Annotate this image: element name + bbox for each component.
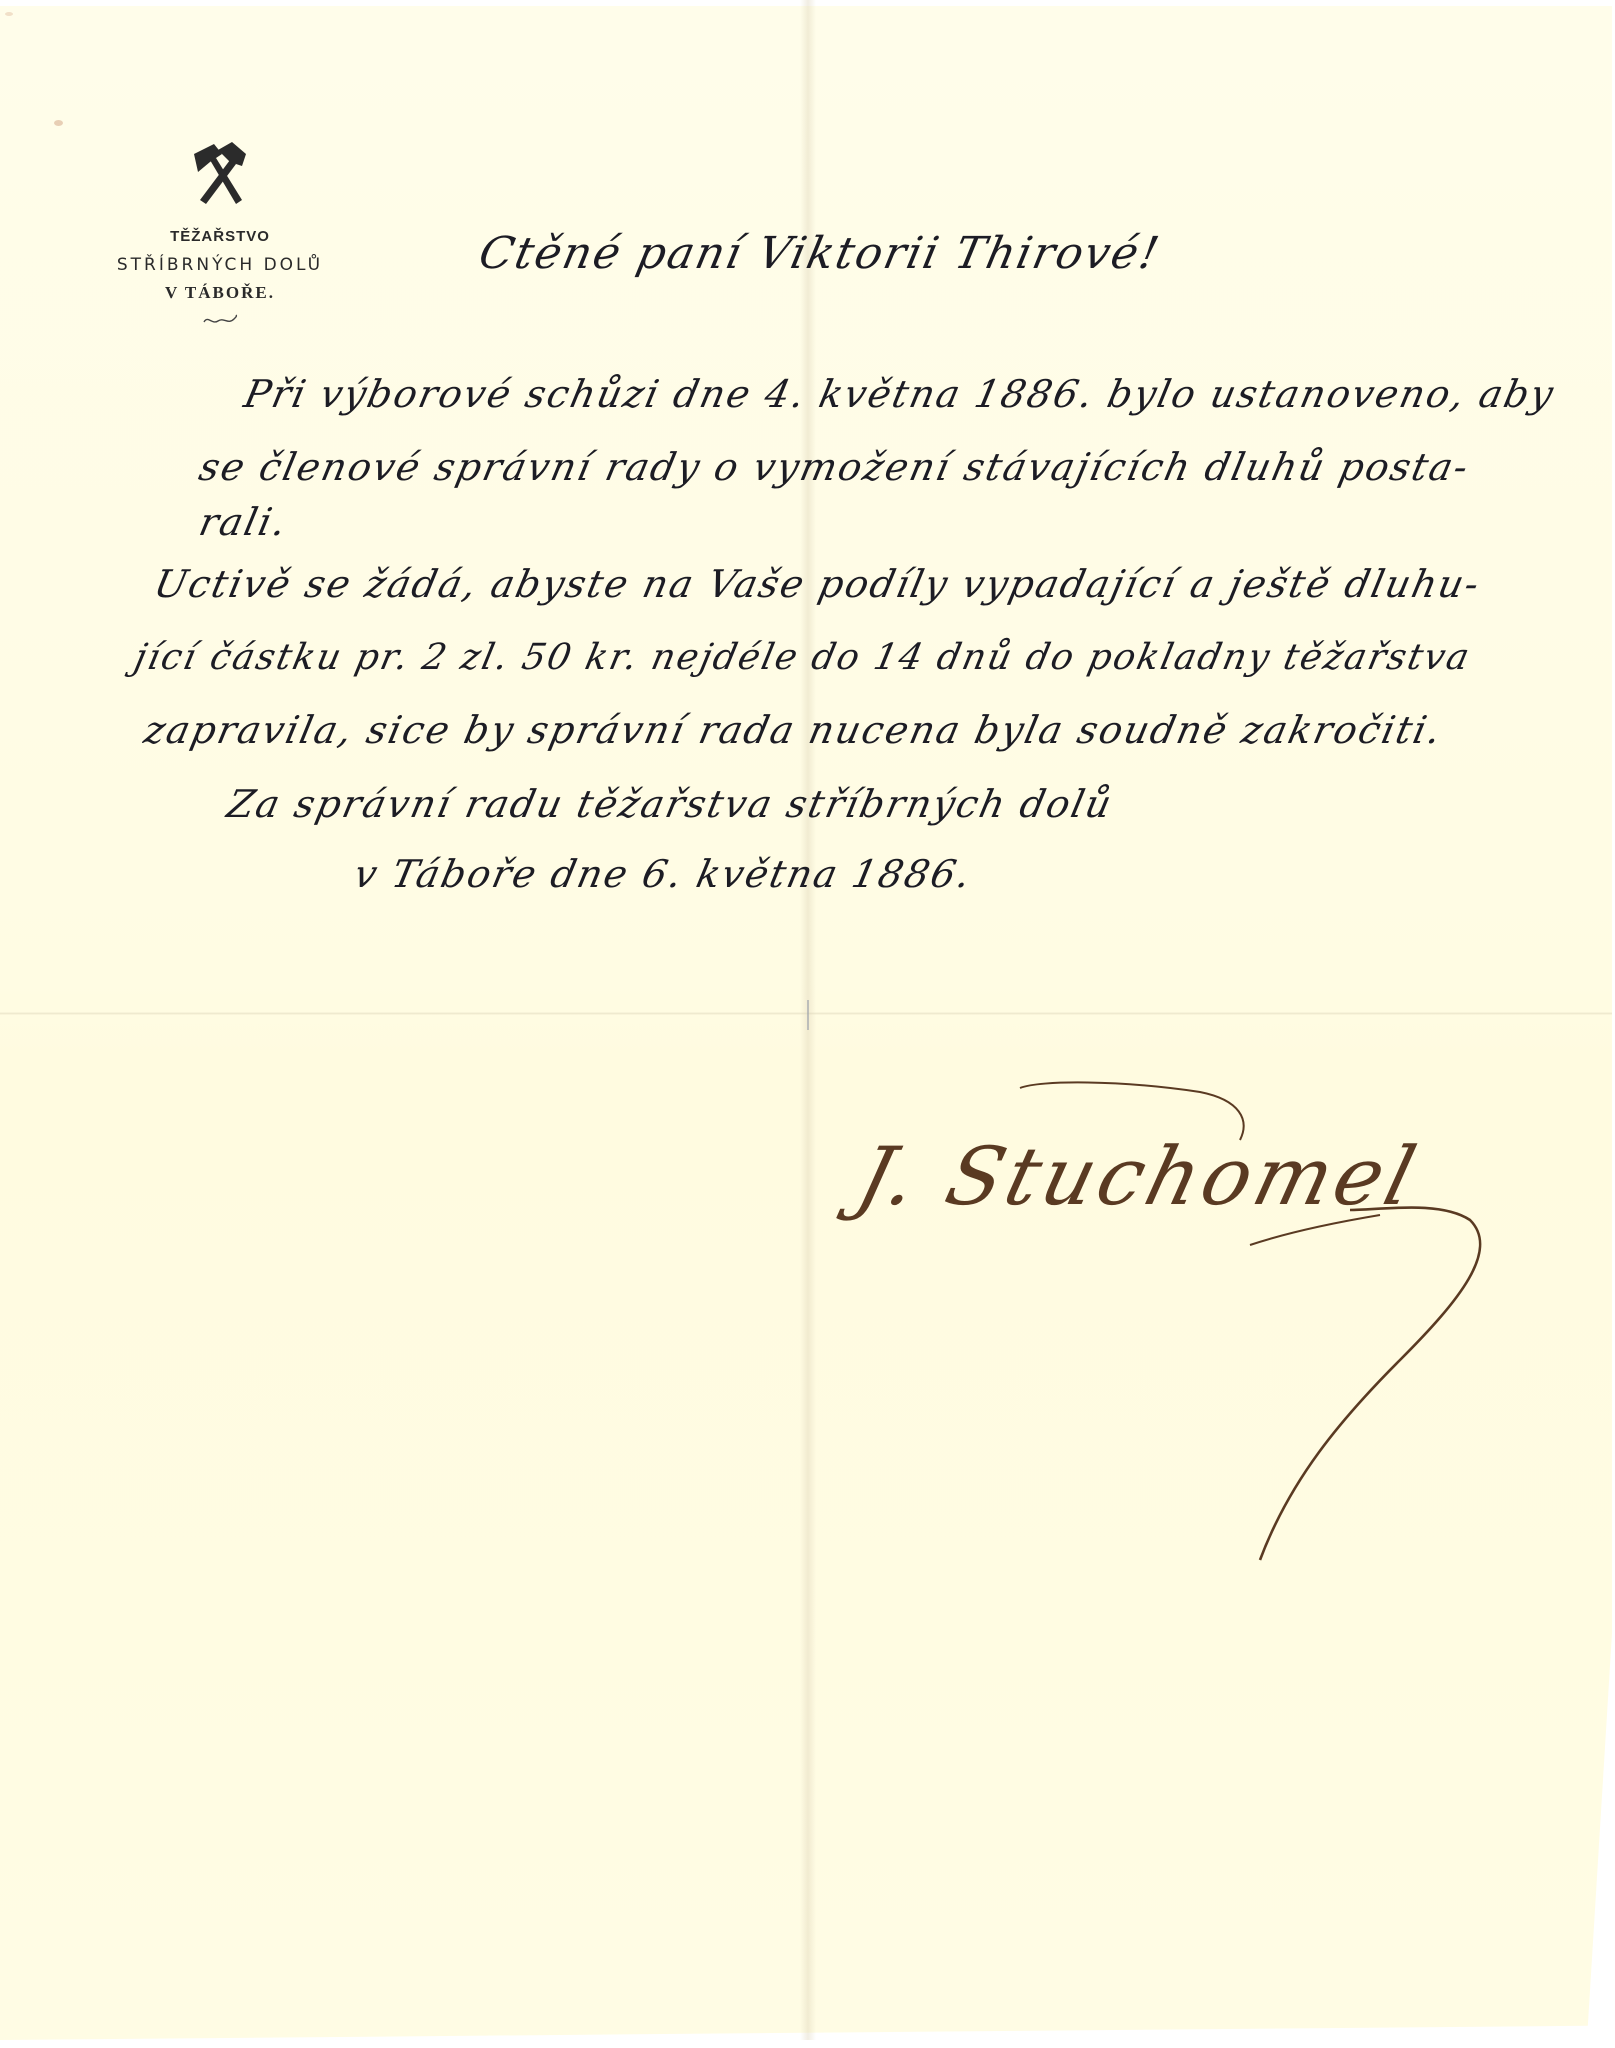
body-line: Uctivě se žádá, abyste na Vaše podíly vy… <box>150 562 1484 606</box>
body-line: jící částku pr. 2 zl. 50 kr. nejdéle do … <box>131 637 1475 678</box>
letterhead-company: TĚŽAŘSTVO <box>60 228 380 245</box>
letterhead: TĚŽAŘSTVO STŘÍBRNÝCH DOLŮ V TÁBOŘE. <box>60 140 380 327</box>
ink-stain <box>5 12 13 16</box>
signature: J. Stuchomel <box>820 1040 1580 1600</box>
body-line: zapravila, sice by správní rada nucena b… <box>140 708 1446 752</box>
salutation: Ctěné paní Viktorii Thirové! <box>475 228 1165 279</box>
ink-stain <box>54 120 63 126</box>
closing-line: Za správní radu těžařstva stříbrných dol… <box>223 782 1117 826</box>
crossed-hammers-icon <box>180 140 260 210</box>
body-line: rali. <box>195 500 292 544</box>
ornament-flourish-icon <box>200 313 240 327</box>
crease-mark <box>807 1000 809 1030</box>
signature-flourish-icon <box>820 1040 1580 1600</box>
letterhead-subtitle: STŘÍBRNÝCH DOLŮ <box>60 255 380 275</box>
letterhead-location: V TÁBOŘE. <box>60 283 380 303</box>
place-date: v Táboře dne 6. května 1886. <box>350 852 976 896</box>
body-line: Při výborové schůzi dne 4. května 1886. … <box>240 372 1559 416</box>
body-line: se členové správní rady o vymožení stáva… <box>195 445 1473 489</box>
